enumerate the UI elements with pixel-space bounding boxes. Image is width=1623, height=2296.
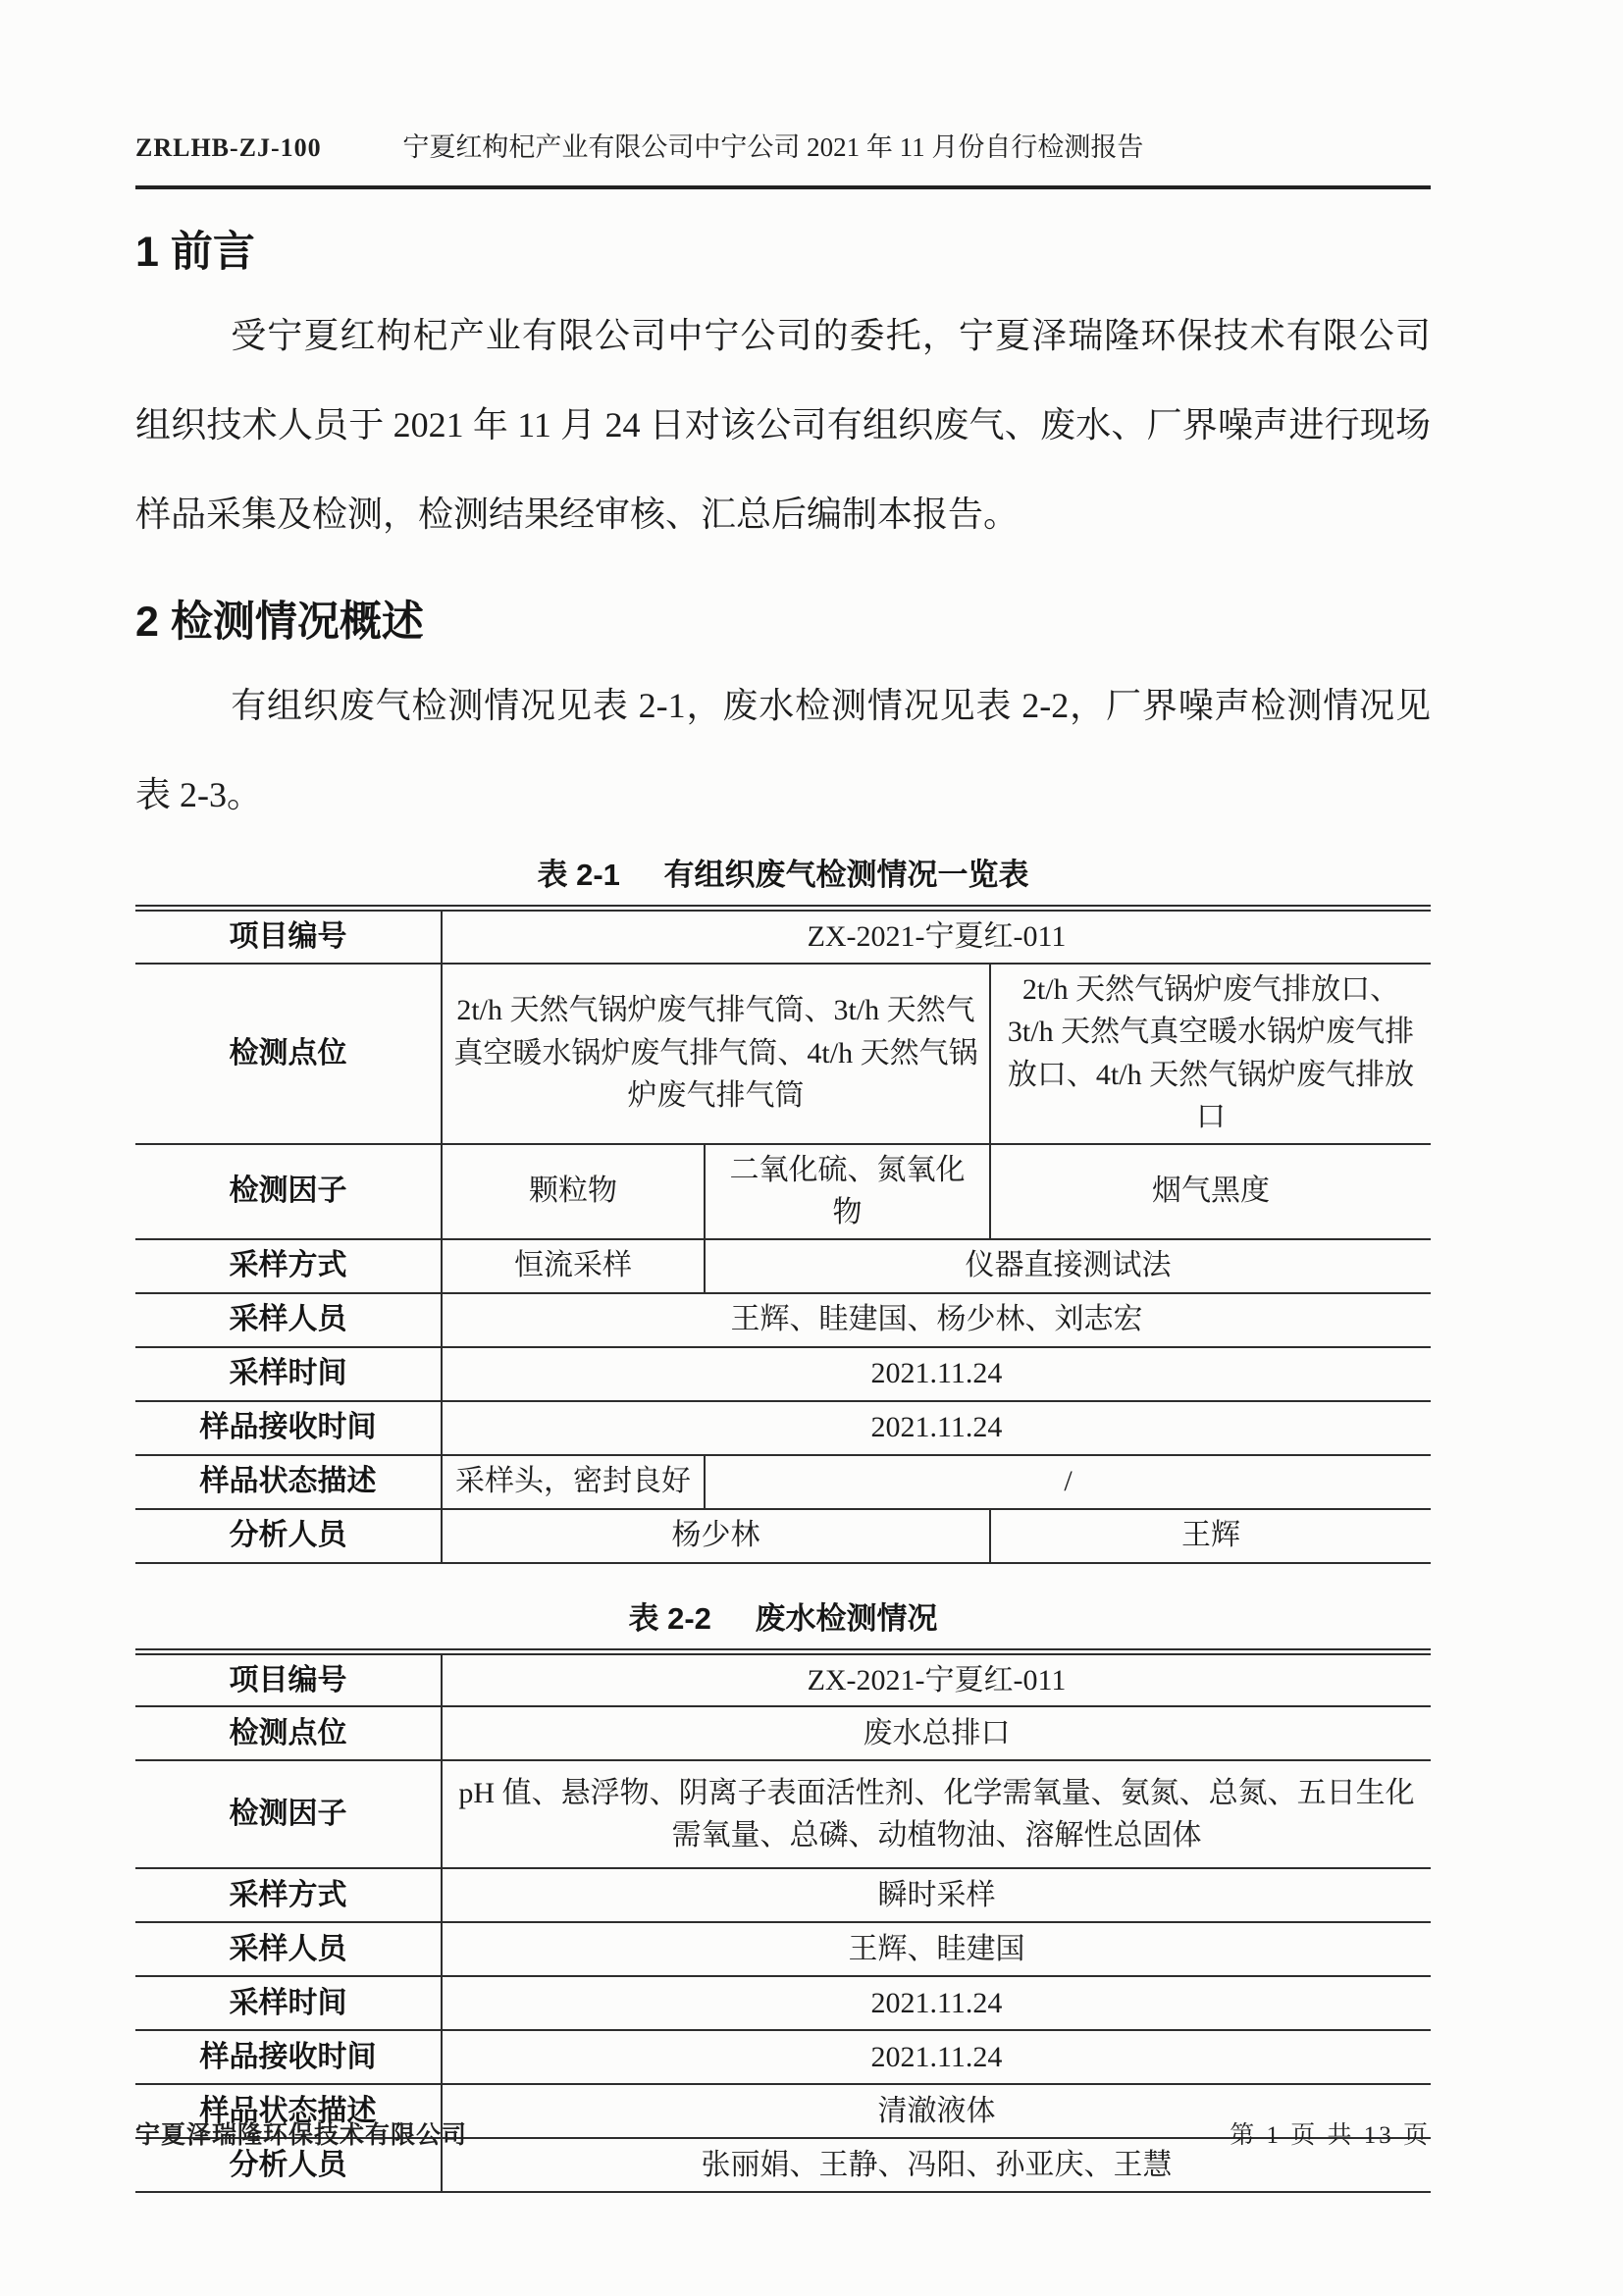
table-row-factors: 检测因子 颗粒物 二氧化硫、氮氧化物 烟气黑度 xyxy=(135,1144,1431,1239)
footer-page-number: 第 1 页 共 13 页 xyxy=(1230,2115,1431,2151)
cell-particulate: 颗粒物 xyxy=(442,1144,705,1239)
table-row-project-id: 项目编号 ZX-2021-宁夏红-011 xyxy=(135,1651,1431,1706)
cell-value: 废水总排口 xyxy=(442,1706,1431,1760)
row-label: 检测点位 xyxy=(135,1706,442,1760)
cell-samplers: 王辉、眭建国、杨少林、刘志宏 xyxy=(442,1293,1431,1347)
table-row-project-id: 项目编号 ZX-2021-宁夏红-011 xyxy=(135,909,1431,964)
cell-value: 王辉、眭建国 xyxy=(442,1922,1431,1976)
cell-instrument: 仪器直接测试法 xyxy=(705,1239,1431,1293)
section-1-heading: 1 前言 xyxy=(135,223,1431,282)
table-row-samplers: 采样人员 王辉、眭建国、杨少林、刘志宏 xyxy=(135,1293,1431,1347)
doc-code: ZRLHB-ZJ-100 xyxy=(135,133,322,163)
section-2-paragraph: 有组织废气检测情况见表 2-1，废水检测情况见表 2-2，厂界噪声检测情况见表 … xyxy=(135,661,1431,840)
table-row-samplers: 采样人员 王辉、眭建国 xyxy=(135,1922,1431,1976)
cell-outlets: 2t/h 天然气锅炉废气排放口、3t/h 天然气真空暖水锅炉废气排放口、4t/h… xyxy=(990,964,1431,1144)
cell-smoke: 烟气黑度 xyxy=(990,1144,1431,1239)
footer-company: 宁夏泽瑞隆环保技术有限公司 xyxy=(135,2115,467,2151)
table-row-sampling-method: 采样方式 恒流采样 仪器直接测试法 xyxy=(135,1239,1431,1293)
section-1-paragraph: 受宁夏红枸杞产业有限公司中宁公司的委托，宁夏泽瑞隆环保技术有限公司组织技术人员于… xyxy=(135,291,1431,559)
table-2-2-title: 表 2-2 废水检测情况 xyxy=(135,1597,1431,1641)
cell-value: 2021.11.24 xyxy=(442,2030,1431,2084)
row-label: 采样人员 xyxy=(135,1293,442,1347)
cell-constant-flow: 恒流采样 xyxy=(442,1239,705,1293)
row-label: 项目编号 xyxy=(135,1651,442,1706)
table-2-2: 项目编号 ZX-2021-宁夏红-011 检测点位 废水总排口 检测因子 pH … xyxy=(135,1648,1431,2194)
cell-receipt-date: 2021.11.24 xyxy=(442,1401,1431,1455)
table-row-sampling-date: 采样时间 2021.11.24 xyxy=(135,1347,1431,1401)
row-label: 样品状态描述 xyxy=(135,1455,442,1509)
table-2-2-name: 废水检测情况 xyxy=(756,1601,938,1636)
cell-so2-nox: 二氧化硫、氮氧化物 xyxy=(705,1144,990,1239)
row-label: 样品接收时间 xyxy=(135,1401,442,1455)
cell-value: pH 值、悬浮物、阴离子表面活性剂、化学需氧量、氨氮、总氮、五日生化需氧量、总磷… xyxy=(442,1760,1431,1868)
row-label: 样品接收时间 xyxy=(135,2030,442,2084)
table-2-1: 项目编号 ZX-2021-宁夏红-011 检测点位 2t/h 天然气锅炉废气排气… xyxy=(135,905,1431,1564)
row-label: 检测因子 xyxy=(135,1760,442,1868)
table-row-analysts: 分析人员 杨少林 王辉 xyxy=(135,1509,1431,1563)
table-2-1-label: 表 2-1 xyxy=(537,858,619,892)
cell-stacks: 2t/h 天然气锅炉废气排气筒、3t/h 天然气真空暖水锅炉废气排气筒、4t/h… xyxy=(442,964,990,1144)
cell-slash: / xyxy=(705,1455,1431,1509)
row-label: 采样时间 xyxy=(135,1347,442,1401)
report-page: ZRLHB-ZJ-100 宁夏红枸杞产业有限公司中宁公司 2021 年 11 月… xyxy=(0,0,1623,2296)
cell-value: ZX-2021-宁夏红-011 xyxy=(442,1651,1431,1706)
table-row-receipt-date: 样品接收时间 2021.11.24 xyxy=(135,1401,1431,1455)
table-2-1-name: 有组织废气检测情况一览表 xyxy=(664,858,1029,892)
row-label: 项目编号 xyxy=(135,909,442,964)
table-row-factors: 检测因子 pH 值、悬浮物、阴离子表面活性剂、化学需氧量、氨氮、总氮、五日生化需… xyxy=(135,1760,1431,1868)
table-row-sampling-date: 采样时间 2021.11.24 xyxy=(135,1976,1431,2030)
table-row-receipt-date: 样品接收时间 2021.11.24 xyxy=(135,2030,1431,2084)
table-2-2-label: 表 2-2 xyxy=(628,1601,710,1636)
table-row-monitor-points: 检测点位 2t/h 天然气锅炉废气排气筒、3t/h 天然气真空暖水锅炉废气排气筒… xyxy=(135,964,1431,1144)
header-title: 宁夏红枸杞产业有限公司中宁公司 2021 年 11 月份自行检测报告 xyxy=(322,126,1431,164)
row-label: 分析人员 xyxy=(135,1509,442,1563)
cell-sampling-date: 2021.11.24 xyxy=(442,1347,1431,1401)
table-row-monitor-point: 检测点位 废水总排口 xyxy=(135,1706,1431,1760)
section-2-heading: 2 检测情况概述 xyxy=(135,593,1431,652)
table-row-sampling-method: 采样方式 瞬时采样 xyxy=(135,1868,1431,1922)
cell-sample-state: 采样头，密封良好 xyxy=(442,1455,705,1509)
cell-value: 瞬时采样 xyxy=(442,1868,1431,1922)
row-label: 检测点位 xyxy=(135,964,442,1144)
table-row-sample-state: 样品状态描述 采样头，密封良好 / xyxy=(135,1455,1431,1509)
row-label: 检测因子 xyxy=(135,1144,442,1239)
cell-project-id: ZX-2021-宁夏红-011 xyxy=(442,909,1431,964)
cell-value: 2021.11.24 xyxy=(442,1976,1431,2030)
row-label: 采样方式 xyxy=(135,1868,442,1922)
cell-analyst-2: 王辉 xyxy=(990,1509,1431,1563)
row-label: 采样人员 xyxy=(135,1922,442,1976)
cell-analyst-1: 杨少林 xyxy=(442,1509,990,1563)
table-2-1-title: 表 2-1 有组织废气检测情况一览表 xyxy=(135,854,1431,897)
page-header: ZRLHB-ZJ-100 宁夏红枸杞产业有限公司中宁公司 2021 年 11 月… xyxy=(135,126,1431,189)
row-label: 采样时间 xyxy=(135,1976,442,2030)
page-footer: 宁夏泽瑞隆环保技术有限公司 第 1 页 共 13 页 xyxy=(135,2115,1431,2151)
row-label: 采样方式 xyxy=(135,1239,442,1293)
